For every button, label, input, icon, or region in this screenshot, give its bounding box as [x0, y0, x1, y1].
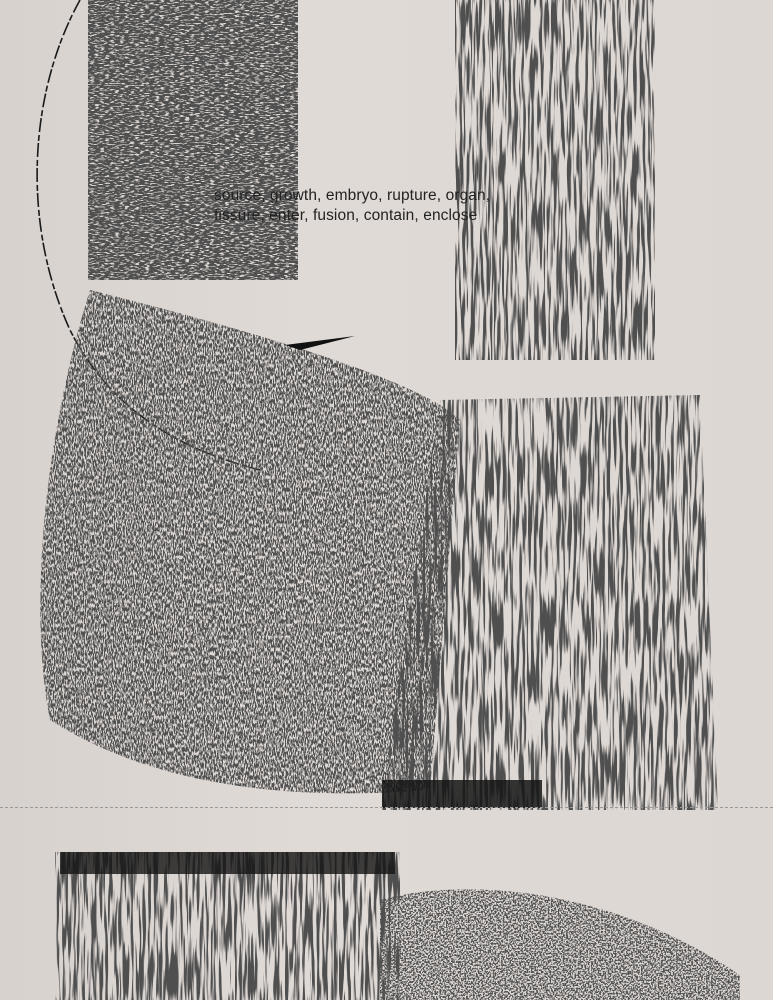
photocopy-artwork	[0, 0, 773, 1000]
pointer-mark	[285, 336, 355, 350]
caption-line-1: source, growth, embryo, rupture, organ,	[214, 186, 490, 206]
word-list-caption: source, growth, embryo, rupture, organ, …	[214, 186, 490, 226]
bottom-left-band	[60, 852, 395, 874]
bottom-right-dome	[380, 889, 740, 1000]
caption-line-2: fissure, enter, fusion, contain, enclose	[214, 206, 490, 226]
column-base	[382, 780, 542, 808]
bottom-left-texture	[55, 852, 400, 1000]
upper-right-column	[455, 0, 655, 360]
cut-line	[0, 807, 773, 808]
upper-left-texture	[88, 0, 298, 280]
